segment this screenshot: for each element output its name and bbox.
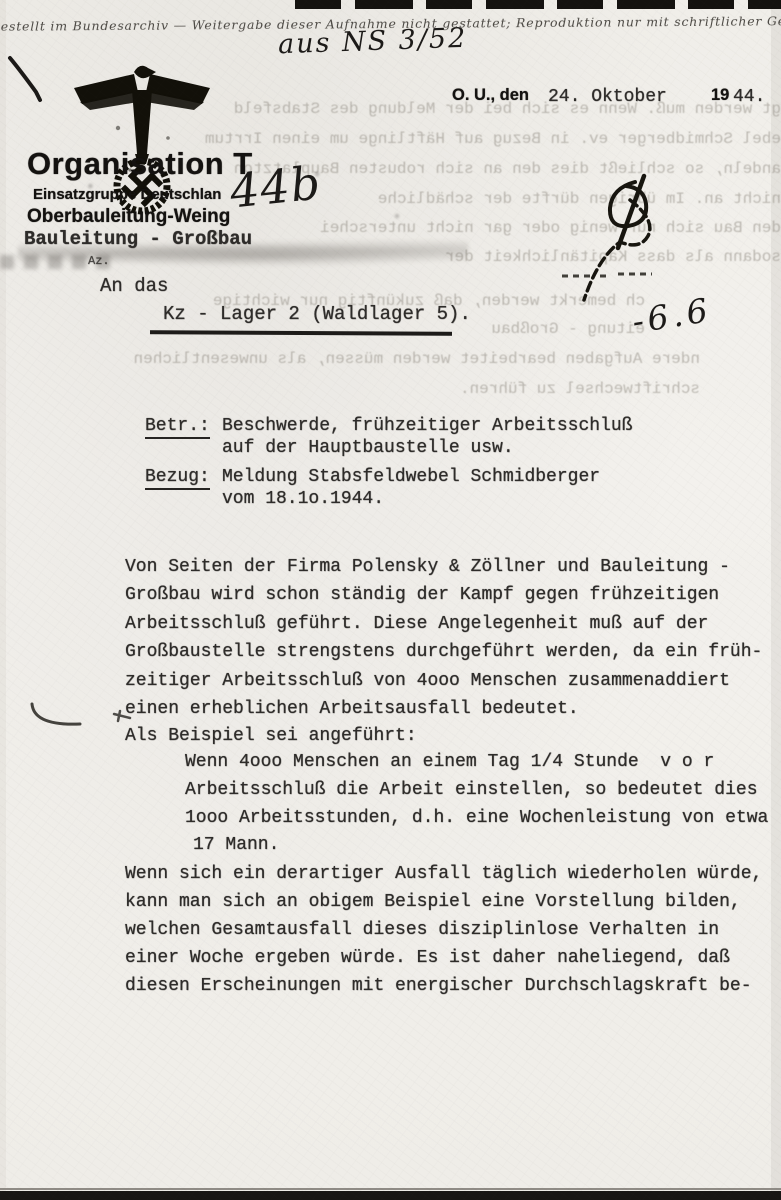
letterhead-unit-line: Einsatzgruppe Deutschlan <box>33 186 221 203</box>
bleedthrough-line: ndere Aufgaben bearbeitet werden müssen,… <box>120 350 700 368</box>
recipient-name: Kz - Lager 2 (Waldlager 5). <box>163 300 471 329</box>
body-line: Großbaustelle strengstens durchgeführt w… <box>125 638 762 667</box>
scan-edge-artifact-top <box>295 0 781 9</box>
letterhead-org-name: Organisation T <box>27 146 253 182</box>
handwritten-paraph-mark <box>560 170 690 305</box>
body-line: einen erheblichen Arbeitsausfall bedeute… <box>125 695 579 724</box>
bleedthrough-line: ebel Schmidberger ev. in Bezug auf Häftl… <box>380 130 781 148</box>
archive-ref-note: aus NS 3/52 <box>278 23 468 61</box>
body-line: Großbau wird schon ständig der Kampf geg… <box>125 581 719 610</box>
body-line: Arbeitsschluß geführt. Diese Angelegenhe… <box>125 610 708 639</box>
subject-bezug-label: Bezug: <box>145 463 210 492</box>
bleedthrough-line: schriftwechsel zu führen. <box>300 380 700 398</box>
recipient-intro: An das <box>100 272 168 301</box>
recipient-underline <box>150 330 452 335</box>
subject-bezug-label-text: Bezug: <box>145 467 210 490</box>
scan-edge-artifact-bottom <box>0 1191 781 1200</box>
example-line: Wenn 4ooo Menschen an einem Tag 1/4 Stun… <box>185 748 714 777</box>
body-line: Als Beispiel sei angeführt: <box>125 722 417 751</box>
letterhead-bauleitung-line: Bauleitung - Großbau <box>24 225 252 254</box>
body-line: welchen Gesamtausfall dieses disziplinlo… <box>125 916 719 945</box>
dateline-year-typed: 44. <box>733 83 765 112</box>
body-line: zeitiger Arbeitsschluß von 4ooo Menschen… <box>125 667 730 696</box>
pen-curl-marks-icon <box>2 686 152 756</box>
scan-edge-line-bottom <box>0 1188 781 1190</box>
dateline-year-printed: 19 <box>711 86 729 105</box>
example-line: Arbeitsschluß die Arbeit einstellen, so … <box>185 776 758 805</box>
pen-slash-mark-icon <box>6 52 52 108</box>
body-line: kann man sich an obigem Beispiel eine Vo… <box>125 888 741 917</box>
subject-betr-line2: auf der Hauptbaustelle usw. <box>222 434 514 463</box>
body-line: Wenn sich ein derartiger Ausfall täglich… <box>125 860 762 889</box>
example-line: 1ooo Arbeitsstunden, d.h. eine Wochenlei… <box>185 804 768 833</box>
dateline-place-label: O. U., den <box>452 86 529 105</box>
example-line: 17 Mann. <box>193 831 279 860</box>
subject-betr-label-text: Betr.: <box>145 416 210 439</box>
document-scan-page: gestellt im Bundesarchiv — Weitergabe di… <box>0 0 781 1200</box>
subject-betr-label: Betr.: <box>145 412 210 441</box>
body-line: Von Seiten der Firma Polensky & Zöllner … <box>125 553 730 582</box>
dateline-date-typed: 24. Oktober <box>548 83 667 112</box>
subject-bezug-line2: vom 18.1o.1944. <box>222 485 384 514</box>
body-line: einer Woche ergeben würde. Es ist daher … <box>125 944 730 973</box>
handwritten-number-note: 44b <box>227 155 323 218</box>
body-line: diesen Erscheinungen mit energischer Dur… <box>125 972 752 1001</box>
